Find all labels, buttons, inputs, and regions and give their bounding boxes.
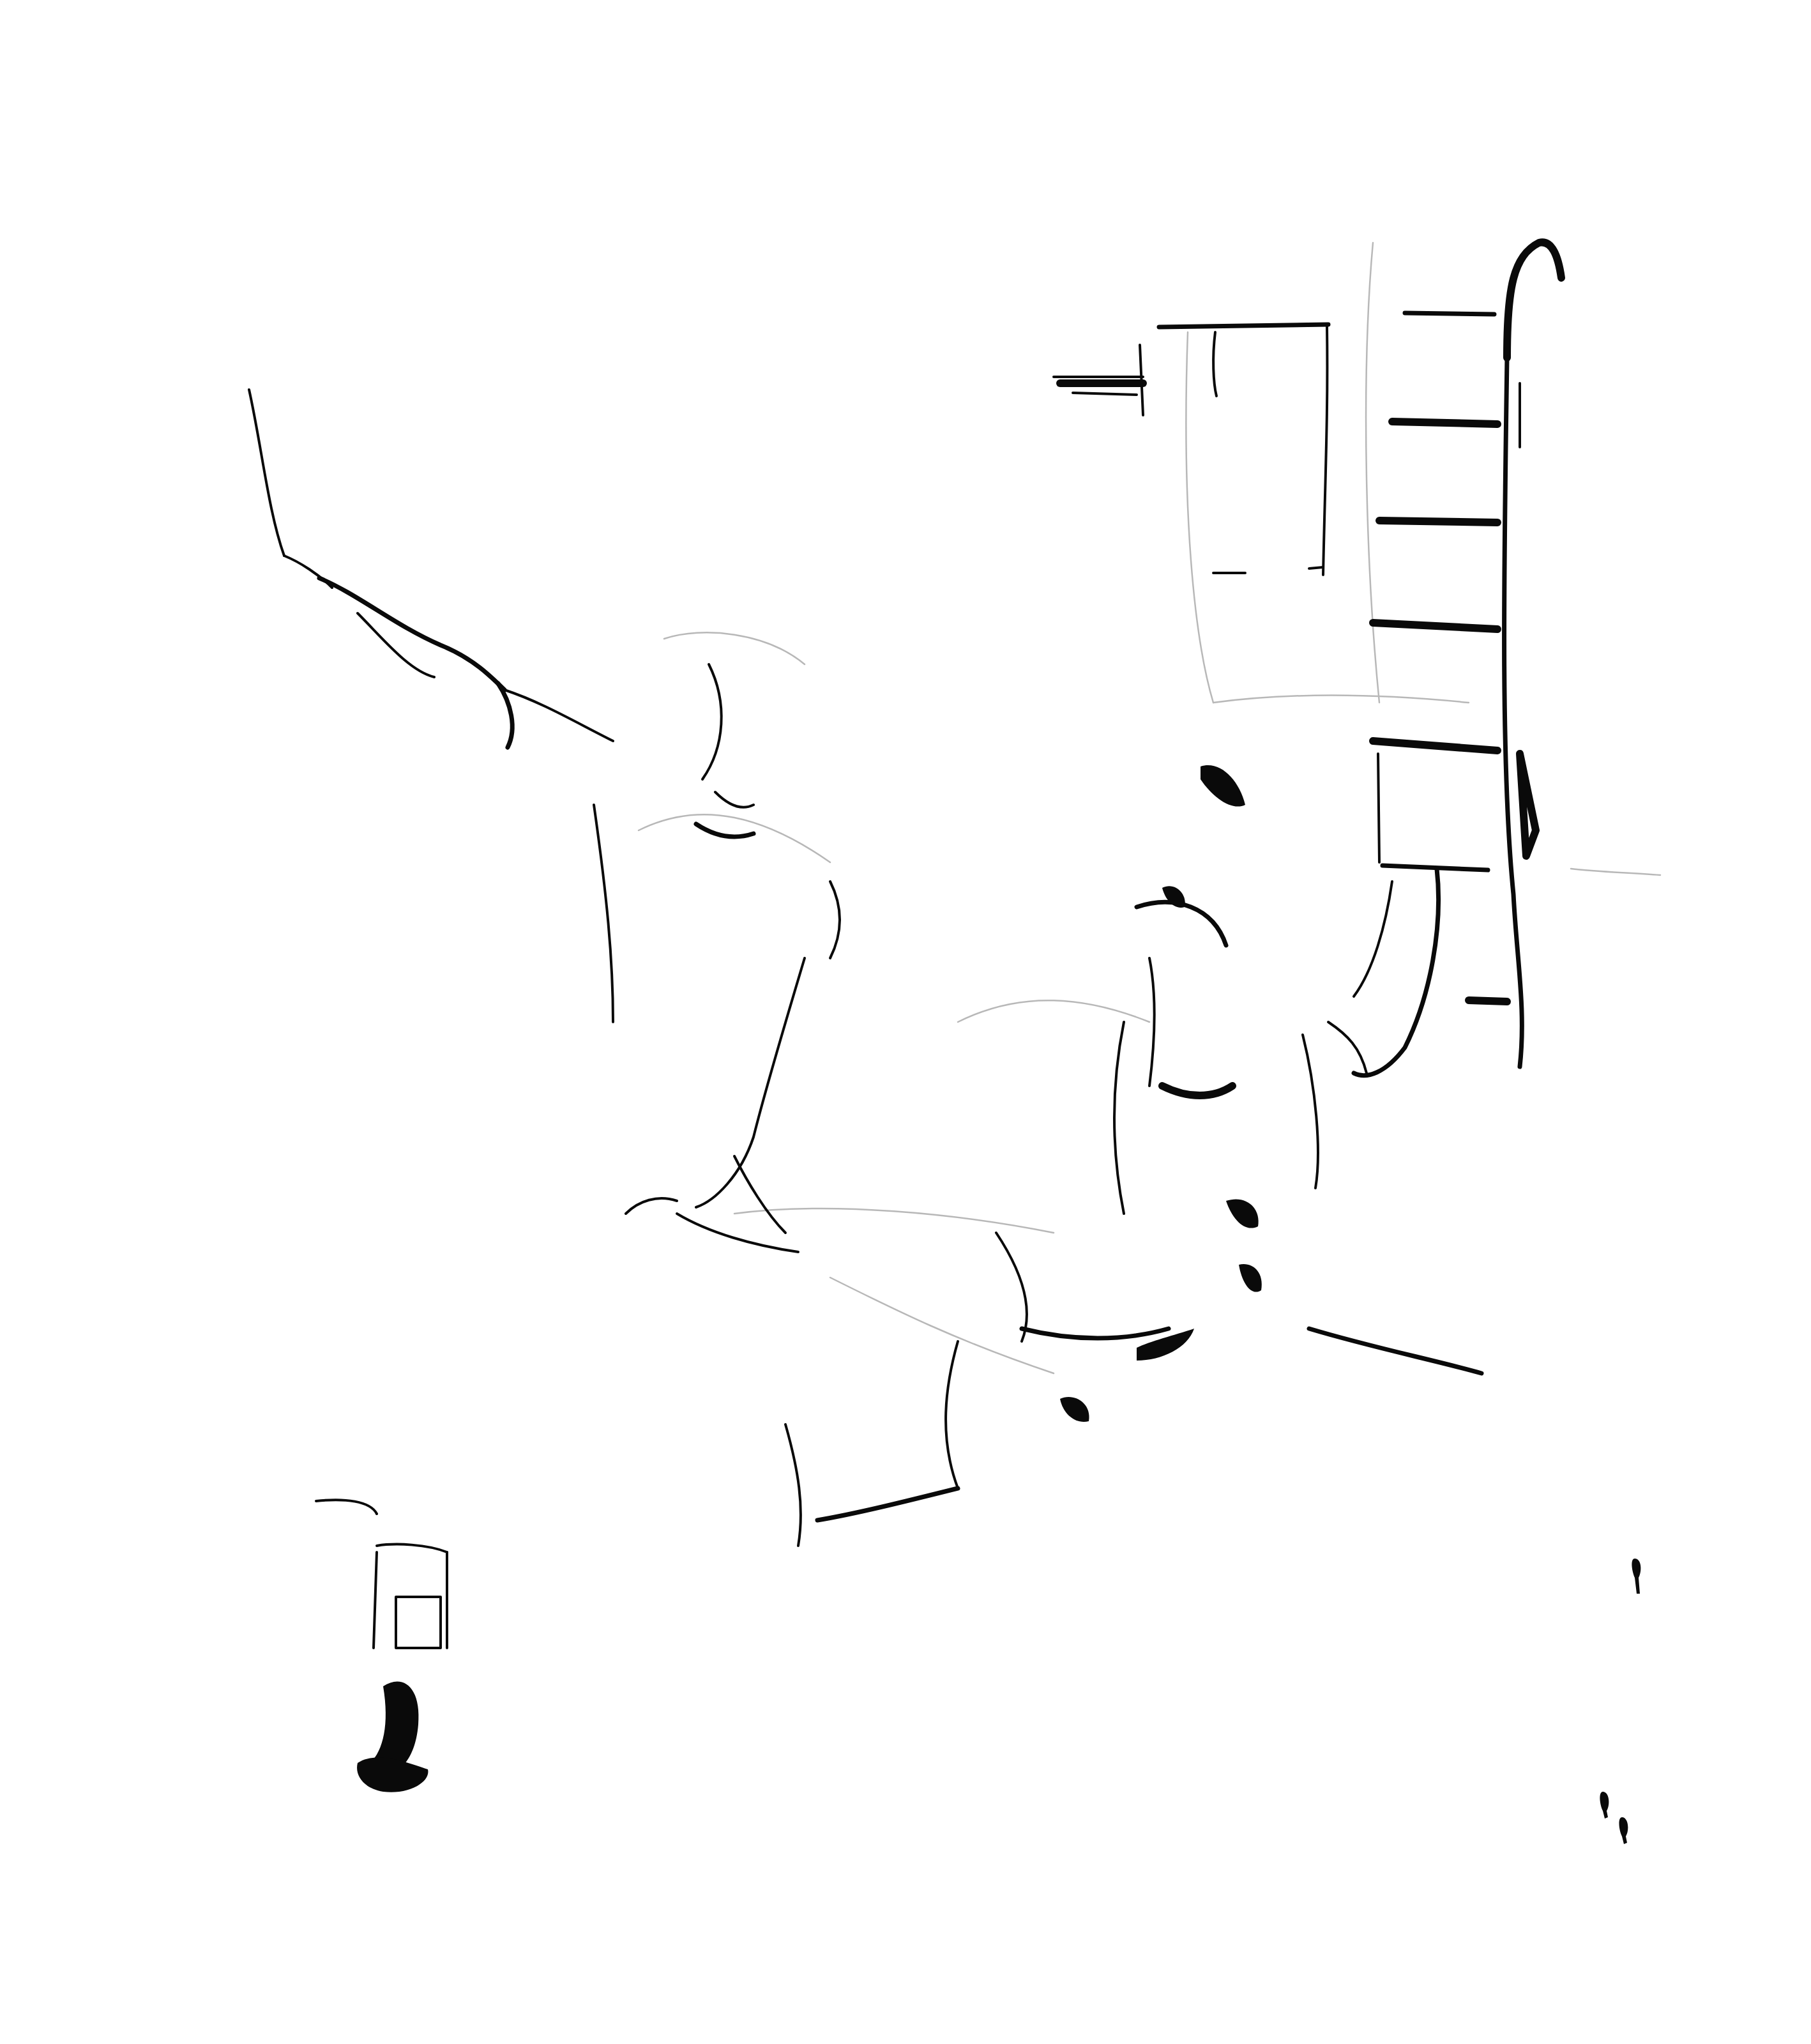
ladder — [1373, 242, 1561, 1067]
small-object — [316, 1500, 447, 1792]
ink-sketch — [0, 0, 1811, 2044]
left-figure — [249, 390, 840, 1252]
window-frame — [1054, 324, 1328, 575]
right-figure — [785, 765, 1481, 1546]
ink-drips — [1600, 1559, 1641, 1844]
